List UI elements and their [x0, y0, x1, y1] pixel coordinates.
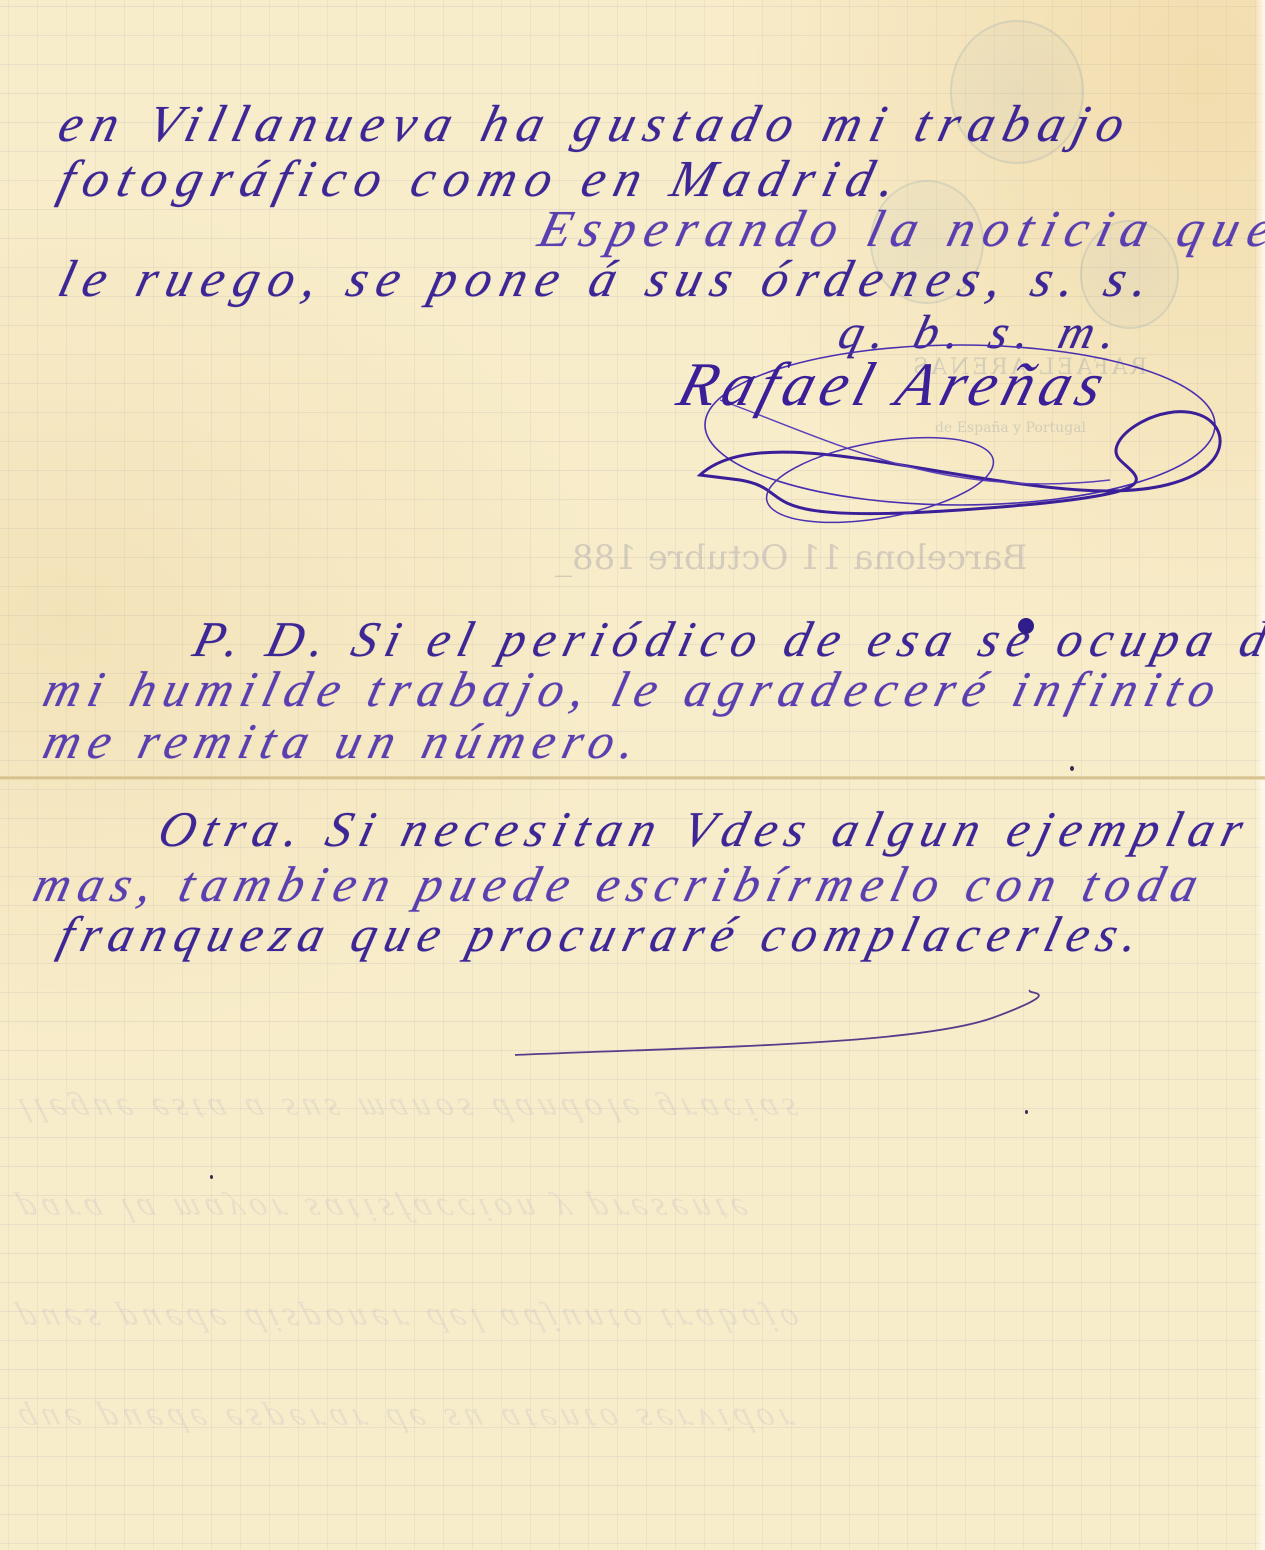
body-line-4: le ruego, se pone á sus órdenes, s. s.	[53, 250, 1165, 309]
closing-stroke	[500, 975, 1060, 1065]
other-line-1: Otra. Si necesitan Vdes algun ejemplar	[153, 800, 1257, 858]
reverse-bleed-3: pues puede disponer del adjunto trabajo	[14, 1300, 811, 1338]
paper-fold-line	[0, 776, 1265, 780]
other-line-3: franqueza que procuraré complacerles.	[53, 905, 1153, 963]
ink-speck	[1025, 1110, 1028, 1114]
reverse-bleed-2: para la mayor satisfaccion y presente	[14, 1190, 760, 1228]
postscript-line-3: me remita un número.	[38, 712, 650, 770]
signature: Rafael Areñas	[670, 350, 1118, 421]
ink-blot	[1018, 618, 1034, 634]
body-line-1: en Villanueva ha gustado mi trabajo	[53, 95, 1140, 154]
reverse-bleed-4: que puede esperar de su atento servidor	[14, 1400, 806, 1438]
ink-speck	[210, 1175, 213, 1179]
ink-speck	[1070, 766, 1074, 771]
reverse-bleed-1: llegue esta a sus manos dandole gracias	[14, 1090, 810, 1128]
postscript-line-2: mi humilde trabajo, le agradeceré infini…	[38, 660, 1230, 718]
letterhead-ghost-date: Barcelona 11 Octubre 188_	[555, 538, 1027, 578]
